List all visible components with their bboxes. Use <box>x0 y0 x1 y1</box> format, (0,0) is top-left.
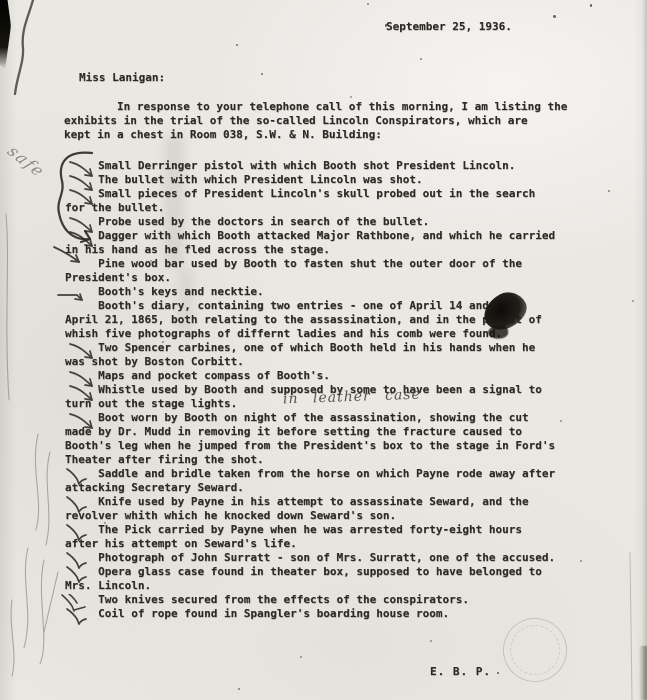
exhibit-item: Small Derringer pistol with which Booth … <box>65 159 643 173</box>
exhibit-item: Small pieces of President Lincoln's skul… <box>65 187 643 215</box>
exhibit-item-text: Small Derringer pistol with which Booth … <box>65 159 515 172</box>
exhibit-item: Dagger with which Booth attacked Major R… <box>65 229 643 257</box>
speck <box>632 300 634 302</box>
salutation: Miss Lanigan: <box>79 71 165 85</box>
speck <box>300 656 302 658</box>
exhibit-item: Opera glass case found in theater box, s… <box>65 565 643 593</box>
exhibit-item-text: Two knives secured from the effects of t… <box>65 593 469 606</box>
exhibit-item: The bullet with which President Lincoln … <box>65 173 643 187</box>
speck <box>560 420 562 422</box>
exhibit-item: Boot worn by Booth on night of the assas… <box>65 411 643 467</box>
speck <box>350 96 352 98</box>
exhibit-item: Coil of rope found in Spangler's boardin… <box>65 607 643 621</box>
exhibit-item: The Pick carried by Payne when he was ar… <box>65 523 643 551</box>
exhibit-item: Saddle and bridle taken from the horse o… <box>65 467 643 495</box>
handwritten-bracket <box>52 149 104 247</box>
intro-paragraph: In response to your telephone call of th… <box>64 100 567 142</box>
check-hook-icon <box>66 608 92 628</box>
exhibit-item-text: Boot worn by Booth on night of the assas… <box>65 411 555 466</box>
handwritten-safe-annotation: safe <box>3 142 50 180</box>
check-hook-icon <box>66 566 92 586</box>
exhibit-item: Two knives secured from the effects of t… <box>65 593 643 607</box>
speck <box>553 15 556 18</box>
speck <box>367 3 369 5</box>
exhibit-item: Maps and pocket compass of Booth's. <box>65 369 643 383</box>
exhibit-item-text: Photograph of John Surratt - son of Mrs.… <box>65 551 555 564</box>
exhibit-item-text: Two Spencer carbines, one of which Booth… <box>65 341 535 368</box>
archival-stamp-icon <box>496 611 574 689</box>
exhibit-item-text: The Pick carried by Payne when he was ar… <box>65 523 522 550</box>
speck <box>497 672 499 674</box>
speck <box>430 640 432 642</box>
speck <box>150 260 152 262</box>
check-hook-icon <box>66 524 92 544</box>
speck <box>608 190 610 192</box>
check-arrow-icon <box>69 412 95 432</box>
signature-initials: E. B. P. <box>430 665 491 679</box>
document-date: September 25, 1936. <box>386 20 512 34</box>
exhibit-item-text: Booth's diary, containing two entries - … <box>65 299 542 340</box>
speck <box>162 341 164 343</box>
exhibit-item-text: Saddle and bridle taken from the horse o… <box>65 467 555 494</box>
check-arrow-icon <box>69 384 95 404</box>
exhibit-item-text: Knife used by Payne in his attempt to as… <box>65 495 529 522</box>
exhibit-item: Booth's diary, containing two entries - … <box>65 299 643 341</box>
exhibit-item-text: Dagger with which Booth attacked Major R… <box>65 229 555 256</box>
check-arrow-long-icon <box>53 244 83 266</box>
exhibit-item-text: Small pieces of President Lincoln's skul… <box>65 187 535 214</box>
document-page: September 25, 1936. Miss Lanigan: In res… <box>0 0 647 700</box>
exhibit-item-text: Probe used by the doctors in search of t… <box>65 215 429 228</box>
speck <box>385 24 387 27</box>
check-hook-icon <box>66 496 92 516</box>
speck <box>590 4 592 7</box>
check-arrow-icon <box>69 342 95 362</box>
exhibit-item: Two Spencer carbines, one of which Booth… <box>65 341 643 369</box>
speck <box>238 688 240 690</box>
exhibit-item: Knife used by Payne in his attempt to as… <box>65 495 643 523</box>
exhibit-item: Booth's keys and necktie. <box>65 285 643 299</box>
exhibit-item-text: Coil of rope found in Spangler's boardin… <box>65 607 449 620</box>
exhibit-item: Probe used by the doctors in search of t… <box>65 215 643 229</box>
exhibit-item-text: Booth's keys and necktie. <box>65 285 264 298</box>
exhibit-item-text: Pine wood bar used by Booth to fasten sh… <box>65 257 522 284</box>
speck <box>261 73 263 75</box>
speck <box>104 522 106 524</box>
speck <box>520 108 522 110</box>
scan-edge-artifact <box>639 646 647 700</box>
speck <box>420 58 422 60</box>
speck <box>236 44 238 46</box>
exhibit-item: Photograph of John Surratt - son of Mrs.… <box>65 551 643 565</box>
scan-edge-artifact <box>0 0 11 69</box>
exhibit-item-text: Maps and pocket compass of Booth's. <box>65 369 330 382</box>
speck <box>580 560 582 562</box>
exhibit-item-text: The bullet with which President Lincoln … <box>65 173 423 186</box>
exhibit-item-text: Opera glass case found in theater box, s… <box>65 565 542 592</box>
check-hook-icon <box>66 468 92 488</box>
